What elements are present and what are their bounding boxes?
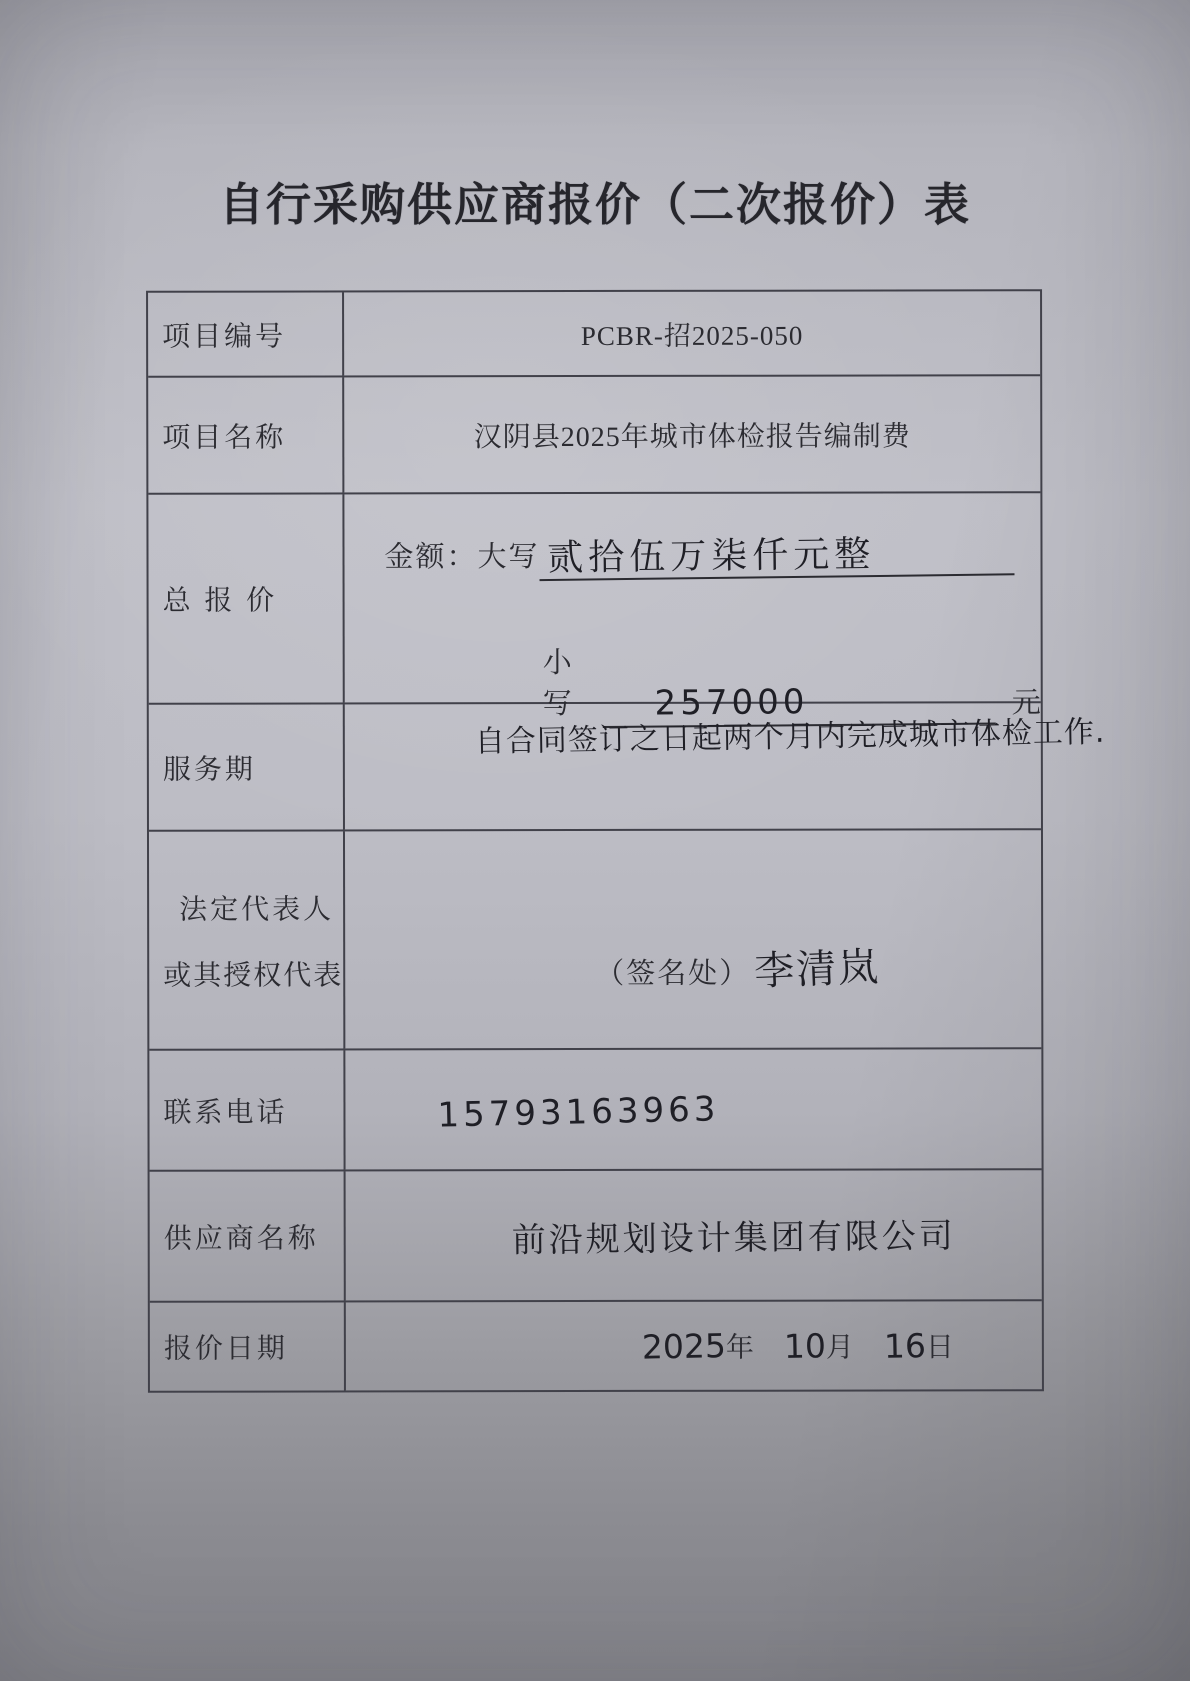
page-title: 自行采购供应商报价（二次报价）表	[0, 168, 1190, 233]
project-number-value: PCBR-招2025-050	[344, 291, 1040, 375]
row-total-price: 总 报 价 金额：大写 贰拾伍万柒仟元整 小写 257000 元	[148, 491, 1040, 703]
amount-in-words-label: 金额：大写	[384, 534, 539, 581]
signature-line: （签名处） 李清岚	[595, 943, 880, 1000]
quote-date-line: 2025 年 10 月 16 日	[346, 1301, 1042, 1390]
legal-representative-label-line1: 法定代表人	[163, 887, 343, 927]
row-quote-date: 报价日期 2025 年 10 月 16 日	[150, 1299, 1042, 1391]
amount-in-words-line: 金额：大写 贰拾伍万柒仟元整	[384, 533, 1014, 581]
total-price-label-text: 总 报 价	[163, 578, 343, 618]
service-period-label: 服务期	[149, 704, 345, 829]
project-name-value: 汉阴县2025年城市体检报告编制费	[344, 376, 1040, 492]
row-legal-representative: 法定代表人 或其授权代表 （签名处） 李清岚	[149, 828, 1041, 1049]
row-project-name: 项目名称 汉阴县2025年城市体检报告编制费	[148, 374, 1040, 493]
quote-date-year-unit: 年	[726, 1326, 754, 1366]
service-period-handwritten: 自合同签订之日起两个月内完成城市体检工作.	[475, 707, 1106, 761]
project-name-label: 项目名称	[148, 377, 344, 492]
supplier-name-label: 供应商名称	[150, 1171, 346, 1300]
quotation-table: 项目编号 PCBR-招2025-050 项目名称 汉阴县2025年城市体检报告编…	[146, 289, 1044, 1393]
contact-phone-label: 联系电话	[149, 1050, 345, 1169]
supplier-name-label-text: 供应商名称	[164, 1216, 344, 1256]
legal-representative-label-line2: 或其授权代表	[163, 953, 343, 993]
quote-date-label: 报价日期	[150, 1302, 346, 1390]
project-number-label-text: 项目编号	[162, 314, 342, 354]
contact-phone-handwritten: 15793163963	[344, 1042, 1043, 1177]
row-service-period: 服务期 自合同签订之日起两个月内完成城市体检工作.	[149, 701, 1041, 830]
project-name-label-text: 项目名称	[162, 415, 342, 455]
total-price-label: 总 报 价	[148, 494, 344, 702]
amount-in-words-handwritten: 贰拾伍万柒仟元整	[539, 532, 1014, 581]
quote-date-month-handwritten: 10	[784, 1326, 827, 1366]
supplier-name-cell: 前沿规划设计集团有限公司	[346, 1170, 1042, 1300]
quote-date-label-text: 报价日期	[164, 1326, 344, 1366]
total-price-cell: 金额：大写 贰拾伍万柒仟元整 小写 257000 元	[344, 493, 1040, 702]
sign-here-label: （签名处）	[595, 951, 750, 992]
service-period-label-text: 服务期	[163, 747, 343, 787]
service-period-cell: 自合同签订之日起两个月内完成城市体检工作.	[345, 703, 1041, 829]
row-supplier-name: 供应商名称 前沿规划设计集团有限公司	[150, 1168, 1042, 1301]
signature-handwritten: 李清岚	[753, 935, 881, 997]
supplier-name-handwritten: 前沿规划设计集团有限公司	[345, 1167, 1042, 1303]
project-number-label: 项目编号	[148, 292, 344, 375]
contact-phone-cell: 15793163963	[345, 1049, 1041, 1169]
legal-representative-label: 法定代表人 或其授权代表	[149, 831, 345, 1048]
quote-date-cell: 2025 年 10 月 16 日	[346, 1301, 1042, 1390]
quote-date-day-unit: 日	[926, 1325, 954, 1365]
quote-date-month-unit: 月	[826, 1326, 854, 1366]
contact-phone-label-text: 联系电话	[163, 1090, 343, 1130]
row-contact-phone: 联系电话 15793163963	[149, 1047, 1041, 1170]
project-name-cell: 汉阴县2025年城市体检报告编制费	[344, 376, 1040, 492]
project-number-cell: PCBR-招2025-050	[344, 291, 1040, 375]
legal-representative-cell: （签名处） 李清岚	[345, 830, 1041, 1048]
quote-date-year-handwritten: 2025	[642, 1326, 727, 1367]
row-project-number: 项目编号 PCBR-招2025-050	[148, 291, 1040, 376]
quote-date-day-handwritten: 16	[884, 1326, 927, 1366]
